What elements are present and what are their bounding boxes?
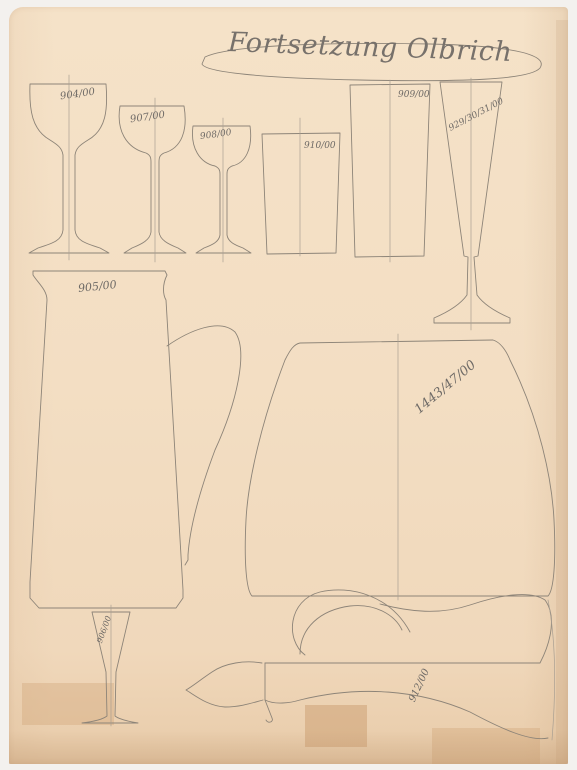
wine-glass-medium-drawing bbox=[119, 98, 186, 262]
label-tumbler-tall: 909/00 bbox=[398, 90, 430, 100]
pencil-drawing bbox=[0, 0, 577, 770]
label-tumbler-short: 910/00 bbox=[304, 141, 336, 151]
vessel-large-drawing bbox=[245, 334, 555, 600]
wine-glass-large-drawing bbox=[29, 75, 109, 260]
tumbler-short-drawing bbox=[262, 118, 340, 256]
tumbler-tall-drawing bbox=[350, 80, 430, 262]
decanter-drawing bbox=[186, 590, 555, 740]
pitcher-drawing bbox=[30, 271, 241, 608]
